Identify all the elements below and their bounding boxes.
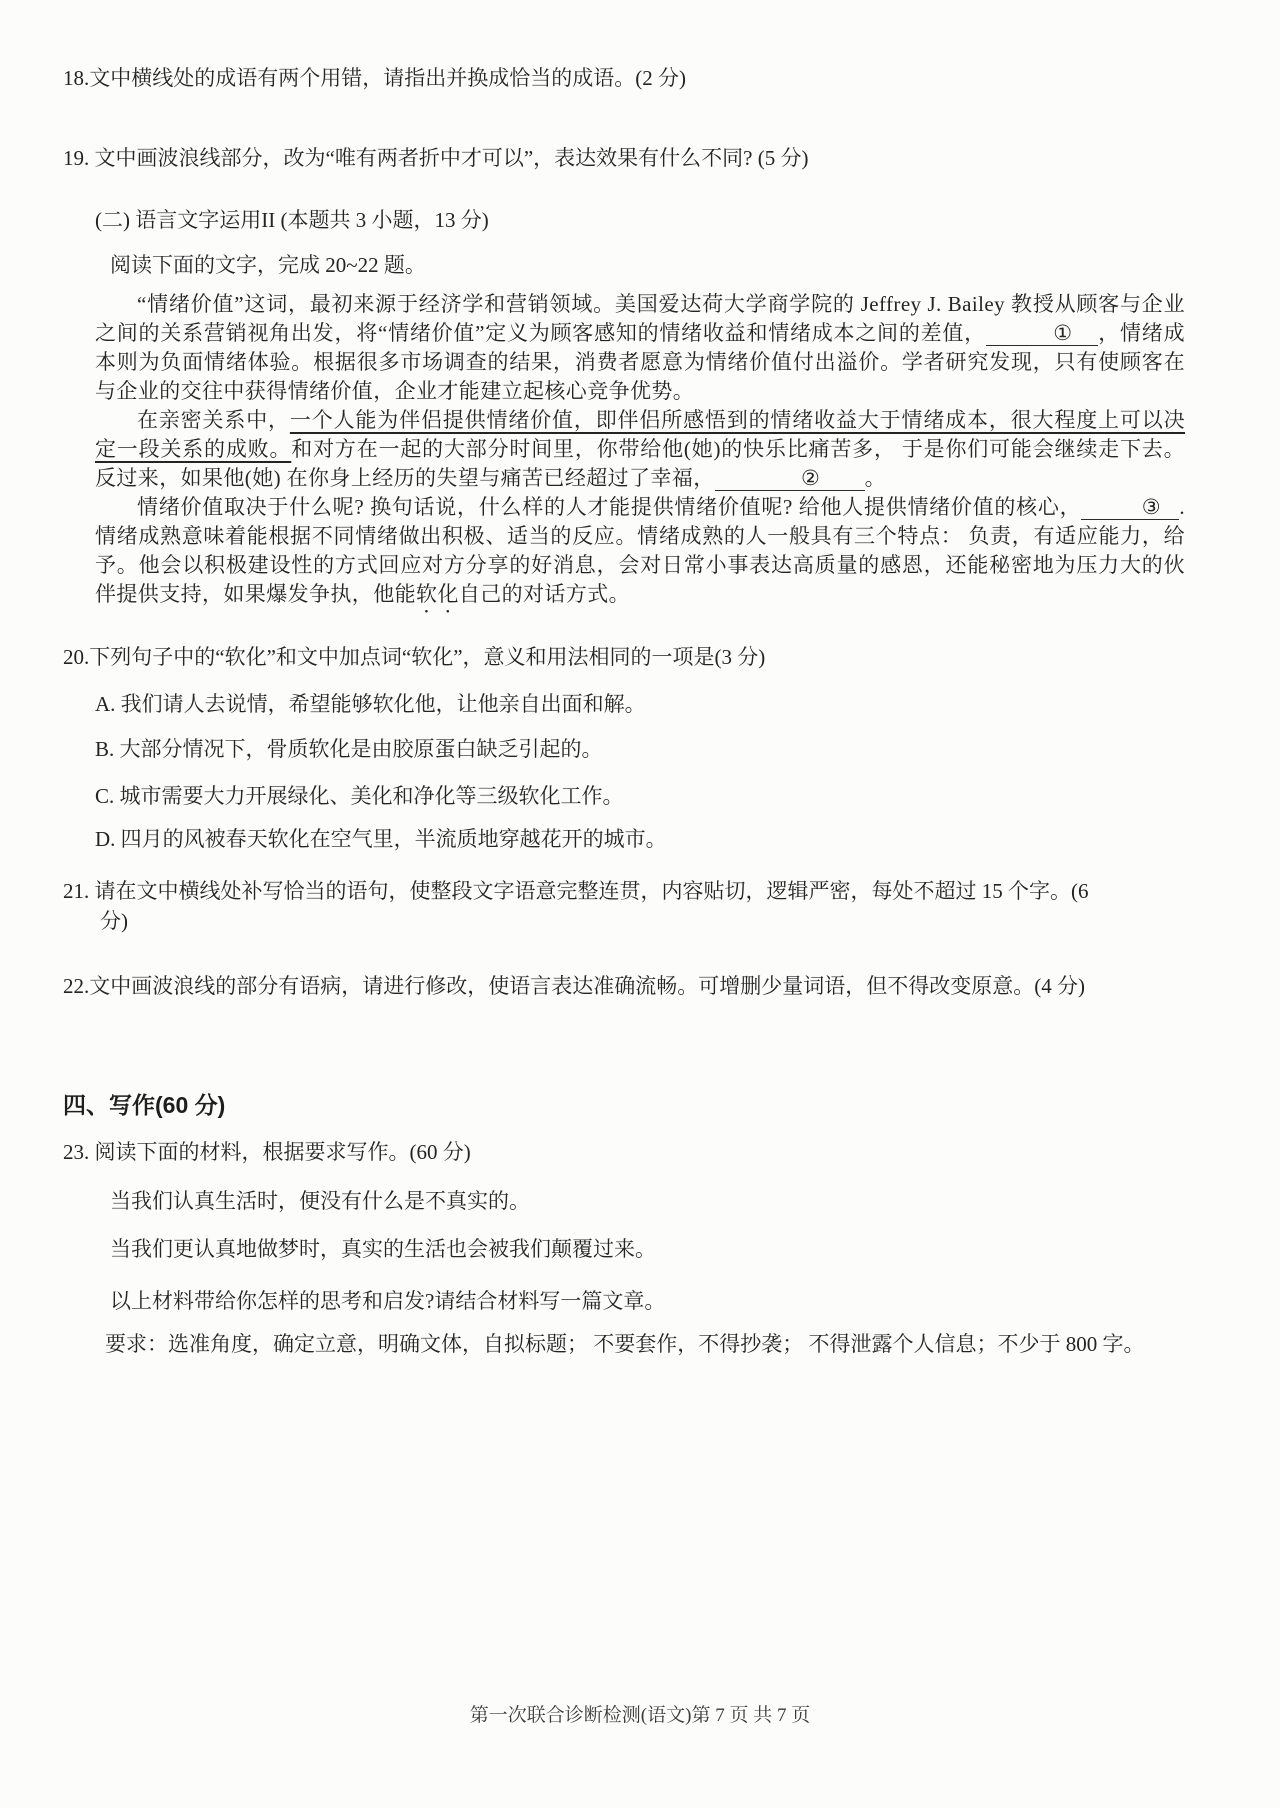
question-22: 22.文中画波浪线的部分有语病，请进行修改，使语言表达准确流畅。可增删少量词语，… <box>63 971 1217 1001</box>
question-23-stem: 23. 阅读下面的材料，根据要求写作。(60 分) <box>63 1137 1217 1167</box>
fill-in-blank-1: ① <box>986 322 1098 346</box>
section-4-heading: 四、写作(60 分) <box>63 1089 1217 1121</box>
question-20-option-c: C. 城市需要大力开展绿化、美化和净化等三级软化工作。 <box>63 781 1217 811</box>
passage-paragraph-1: “情绪价值”这词，最初来源于经济学和营销领域。美国爱达荷大学商学院的 Jeffr… <box>95 290 1185 406</box>
page-footer: 第一次联合诊断检测(语文)第 7 页 共 7 页 <box>0 1700 1280 1727</box>
passage-paragraph-3: 情绪价值取决于什么呢? 换句话说，什么样的人才能提供情绪价值呢? 给他人提供情绪… <box>95 493 1185 618</box>
passage-p3-text-c: 自己的对话方式。 <box>459 582 630 606</box>
essay-material-line-1: 当我们认真生活时，便没有什么是不真实的。 <box>63 1186 1217 1216</box>
exam-content: 18.文中横线处的成语有两个用错，请指出并换成恰当的成语。(2 分) 19. 文… <box>0 0 1280 1359</box>
passage-p2-text-a: 在亲密关系中， <box>137 408 290 432</box>
exam-page: 18.文中横线处的成语有两个用错，请指出并换成恰当的成语。(2 分) 19. 文… <box>0 0 1280 1808</box>
question-20-option-b: B. 大部分情况下，骨质软化是由胶原蛋白缺乏引起的。 <box>63 734 1217 764</box>
essay-material-prompt: 以上材料带给你怎样的思考和启发?请结合材料写一篇文章。 <box>63 1286 1217 1316</box>
question-18: 18.文中横线处的成语有两个用错，请指出并换成恰当的成语。(2 分) <box>63 63 1217 93</box>
question-19: 19. 文中画波浪线部分，改为“唯有两者折中才可以”，表达效果有什么不同? (5… <box>63 143 1217 173</box>
question-20-option-a: A. 我们请人去说情，希望能够软化他，让他亲自出面和解。 <box>63 689 1217 719</box>
section-2-heading: (二) 语言文字运用II (本题共 3 小题，13 分) <box>63 205 1217 235</box>
reading-passage: “情绪价值”这词，最初来源于经济学和营销领域。美国爱达荷大学商学院的 Jeffr… <box>95 290 1185 618</box>
essay-requirements: 要求：选准角度，确定立意，明确文体，自拟标题； 不要套作，不得抄袭； 不得泄露个… <box>63 1329 1163 1359</box>
essay-material-line-2: 当我们更认真地做梦时，真实的生活也会被我们颠覆过来。 <box>63 1234 1217 1264</box>
passage-paragraph-2: 在亲密关系中，一个人能为伴侣提供情绪价值，即伴侣所感悟到的情绪收益大于情绪成本，… <box>95 406 1185 493</box>
question-20-stem: 20.下列句子中的“软化”和文中加点词“软化”，意义和用法相同的一项是(3 分) <box>63 642 1217 672</box>
question-20-option-d: D. 四月的风被春天软化在空气里，半流质地穿越花开的城市。 <box>63 824 1217 854</box>
fill-in-blank-3: ③ <box>1081 496 1179 520</box>
reading-instruction: 阅读下面的文字，完成 20~22 题。 <box>63 250 1217 280</box>
dotted-emphasis-word: 软化 <box>416 582 459 606</box>
fill-in-blank-2: ② <box>715 467 865 491</box>
passage-p2-text-end: 。 <box>865 466 886 490</box>
passage-p3-text-a: 情绪价值取决于什么呢? 换句话说，什么样的人才能提供情绪价值呢? 给他人提供情绪… <box>137 495 1081 519</box>
question-21: 21. 请在文中横线处补写恰当的语句，使整段文字语意完整连贯，内容贴切，逻辑严密… <box>63 876 1105 936</box>
